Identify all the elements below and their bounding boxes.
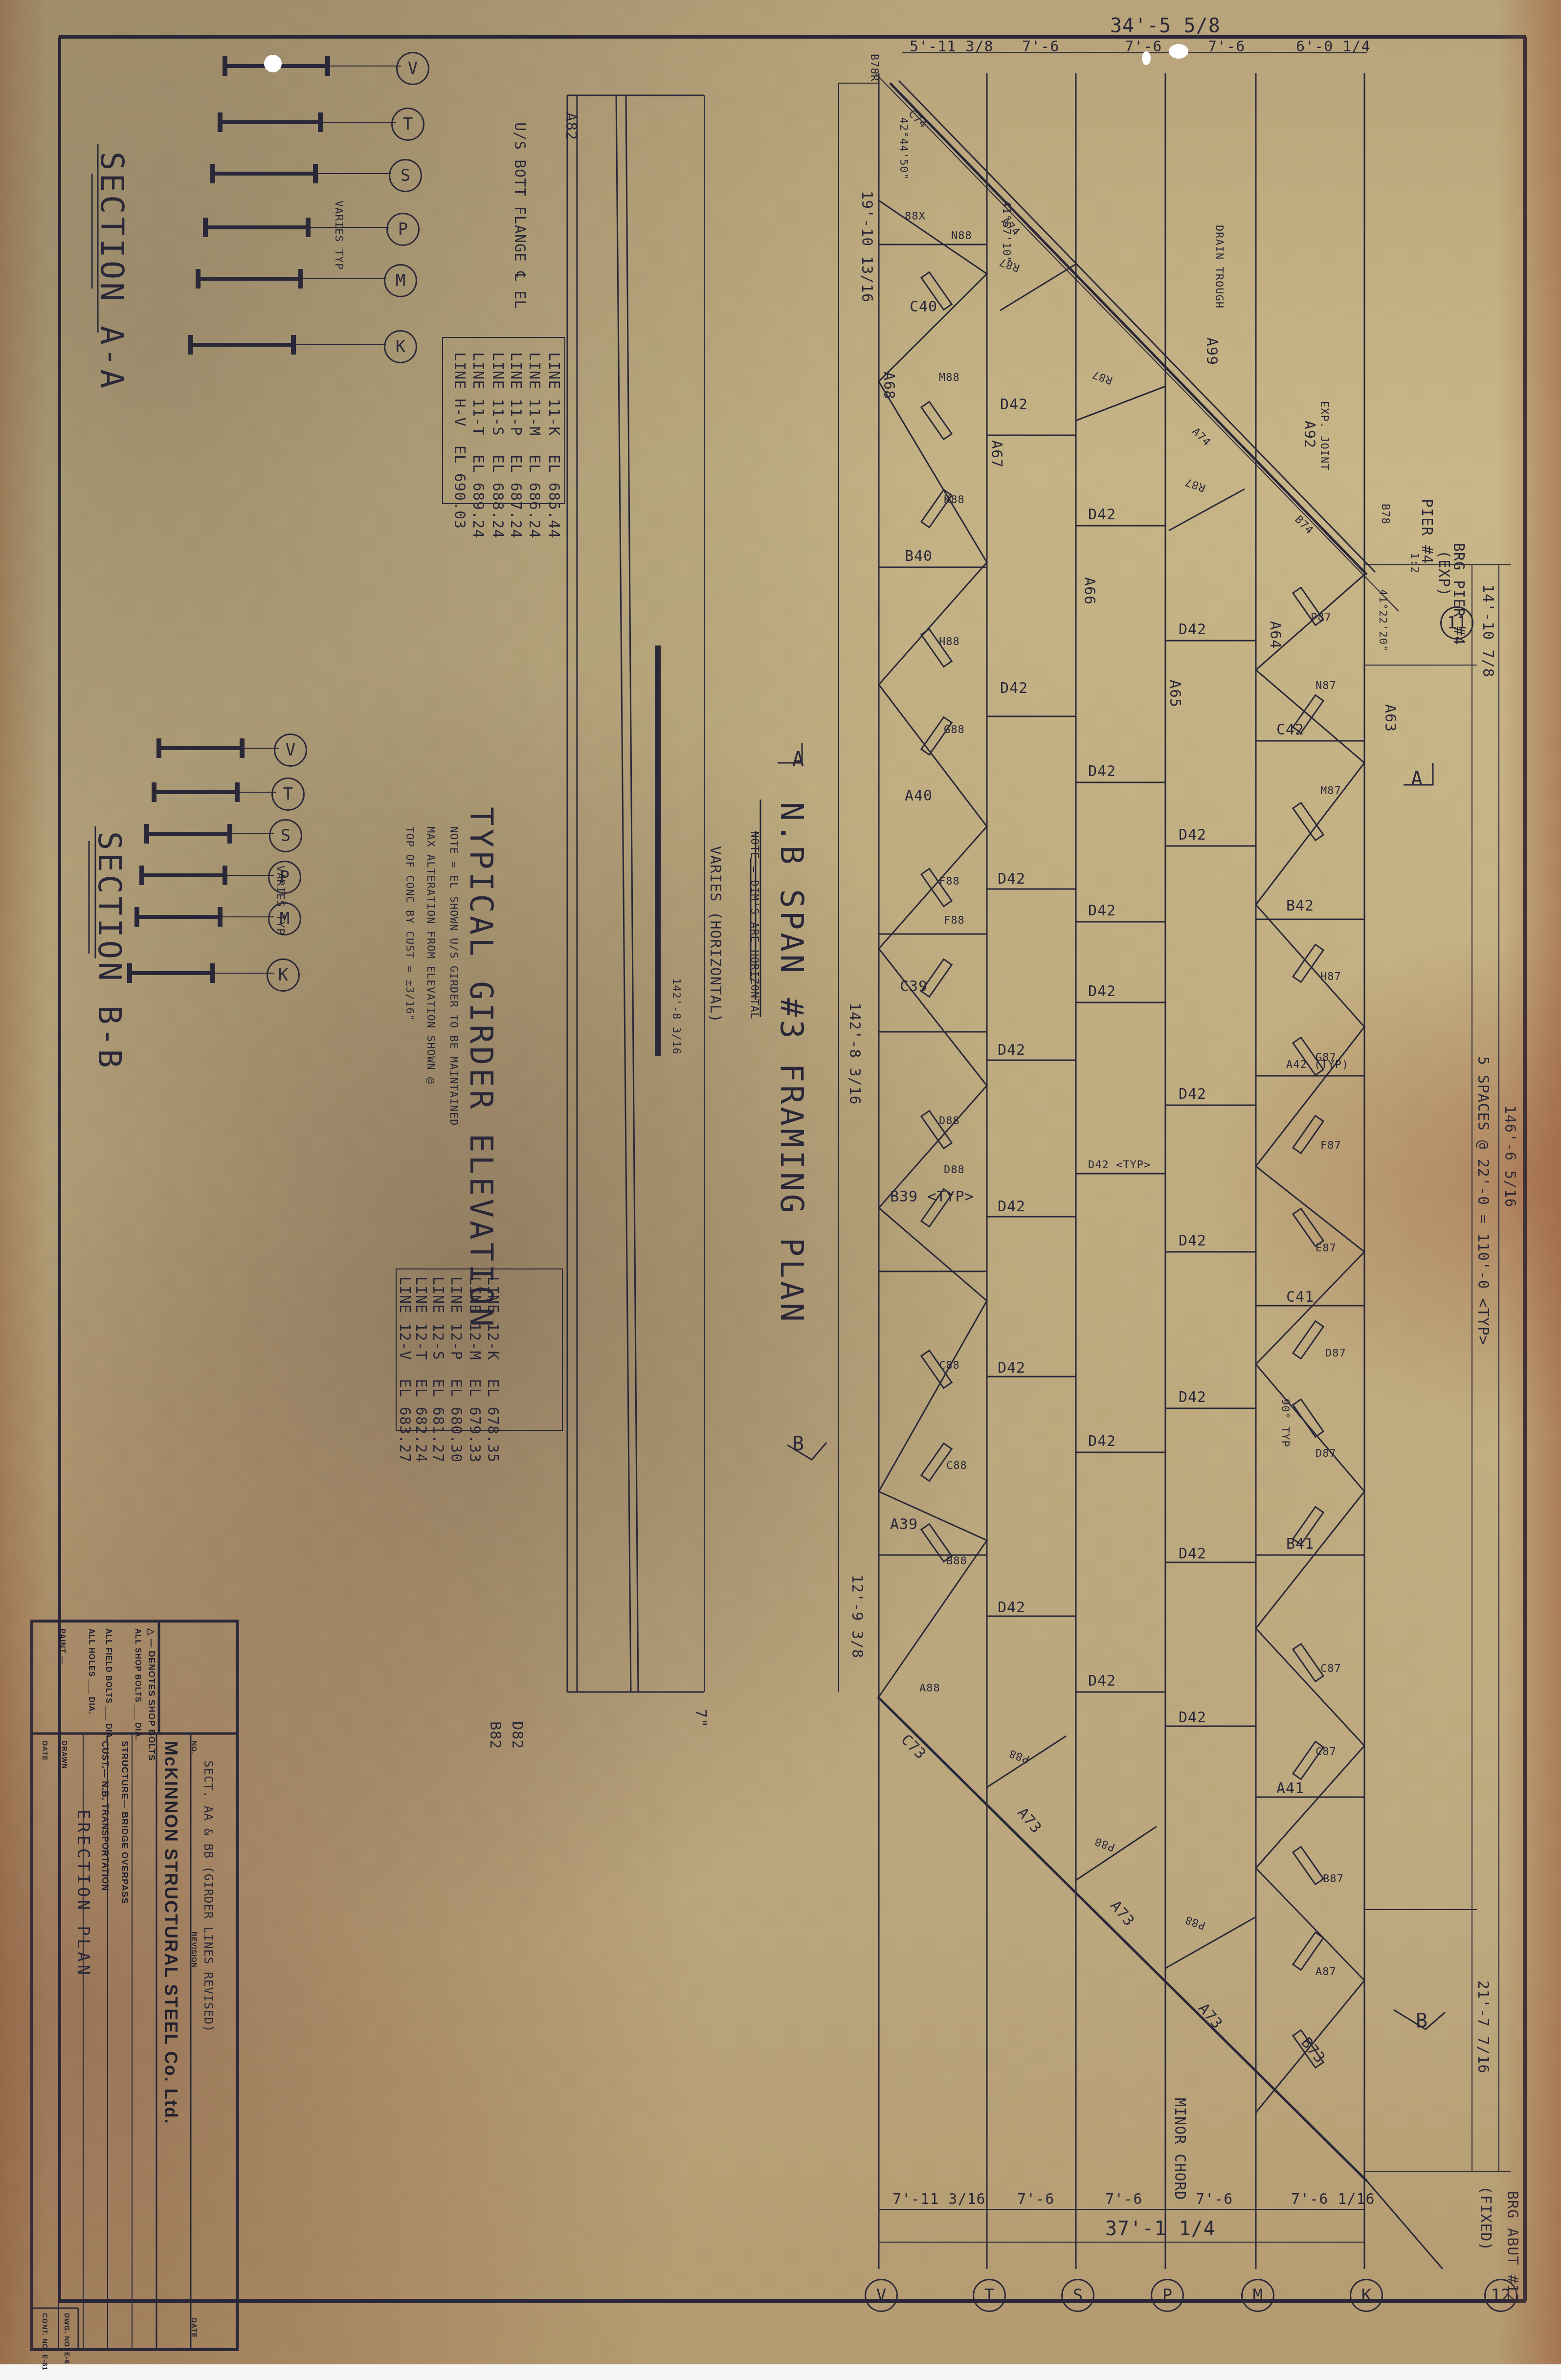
top-dim-5: 6'-0 1/4 (1296, 38, 1371, 55)
drawing-title: ERECTION PLAN (73, 1809, 93, 1978)
grid-bubble-p: P (386, 213, 420, 246)
bottom-dim-5: 7'-6 1/16 (1291, 2191, 1375, 2208)
girder-bottom-mark-b82: B82 (487, 1721, 504, 1749)
revisions-header: REVISION (190, 1932, 198, 1968)
grid-bubble-k: K (384, 330, 417, 363)
member-label: A41 (1276, 1780, 1304, 1797)
title-block-note: ALL HOLES ___ DIA. (87, 1628, 95, 1714)
grid-bubble-s: S (389, 159, 422, 192)
member-label: C73 (897, 1731, 929, 1763)
left-total-dim: 142'-8 3/16 (846, 1002, 863, 1105)
member-label: B87 (1323, 1873, 1344, 1885)
member-label: C41 (1286, 1289, 1314, 1306)
table-row: LINE 12-S EL 681.27 (429, 1276, 446, 1463)
date-label: DATE (41, 1741, 49, 1761)
member-label: H87 (1320, 971, 1341, 983)
member-label: A68 (880, 372, 897, 400)
member-label: B40 (905, 548, 933, 565)
title-block-note: ALL FIELD BOLTS ___ DIA. (104, 1628, 112, 1741)
angle-typ-label: 90° TYP (1279, 1399, 1291, 1447)
mark-b78r: B78R (868, 54, 880, 82)
member-label: D42 (1088, 1672, 1116, 1690)
member-label: D42 (1000, 396, 1028, 413)
member-label: D42 (1088, 763, 1116, 780)
pier-angle: 41°22'20" (1377, 589, 1389, 652)
member-label: D42 (998, 1599, 1026, 1616)
right-bottom-dim: 21'-7 7/16 (1474, 1980, 1492, 2074)
exp-joint-label: EXP. JOINT (1318, 401, 1330, 470)
pier-ratio: 1:2 (1408, 553, 1421, 574)
member-label: B74 (1292, 513, 1316, 537)
member-label: D42 (1179, 1086, 1206, 1103)
spaces-dim: 5 SPACES @ 22'-0 = 110'-0 <TYP> (1474, 1056, 1492, 1345)
section-b-title: SECTION B-B (91, 831, 127, 1071)
table-row: LINE 12-K EL 678.35 (484, 1276, 501, 1463)
section-a-title: SECTION A-A (93, 152, 130, 391)
member-label: R87 (1091, 368, 1115, 386)
brg-pier-type: (EXP) (1435, 550, 1452, 597)
member-label: M87 (1320, 785, 1341, 797)
table-row: LINE 11-P EL 687.24 (507, 352, 524, 538)
member-label: C40 (910, 298, 937, 315)
member-label: D88 (944, 1164, 965, 1176)
contract-no-field: CONT. NO. E-81 (41, 2313, 49, 2371)
grid-bubble-12: 12 (1484, 2279, 1517, 2312)
table-row: LINE 12-T EL 682.24 (412, 1276, 429, 1463)
member-label: A40 (905, 787, 933, 804)
section-cut-b-right: B (1416, 2010, 1428, 2032)
top-dim-3: 7'-6 (1125, 38, 1162, 55)
member-label: D88 (939, 1115, 960, 1127)
member-label: A87 (1316, 1966, 1337, 1978)
grid-bubble-k: K (1350, 2279, 1383, 2312)
rev-no-label: NO. (190, 1741, 198, 1755)
grid-bubble-p: P (268, 861, 301, 894)
varies-horizontal: VARIES (HORIZONTAL) (707, 846, 724, 1023)
member-label: A73 (1195, 2000, 1226, 2032)
member-label: P87 (1311, 611, 1332, 623)
grid-bubble-v: V (274, 734, 307, 767)
girder-bottom-mark-d82: D82 (509, 1721, 526, 1749)
member-label: D42 (998, 1042, 1026, 1059)
bottom-dim-2: 7'-6 (1017, 2191, 1054, 2208)
member-label: F88 (939, 875, 960, 888)
member-label: F87 (1320, 1139, 1341, 1152)
left-top-dim: 19'-10 13/16 (858, 191, 875, 303)
revision-1: SECT. AA & BB (GIRDER LINES REVISED) (201, 1760, 215, 2032)
punch-hole (1169, 44, 1188, 59)
member-label: D42 (1179, 621, 1206, 638)
table-row: LINE H-V EL 690.03 (451, 352, 468, 529)
left-bottom-dim: 12'-9 3/8 (848, 1575, 866, 1659)
member-label: C88 (946, 1460, 967, 1472)
girder-top-mark: A82 (562, 112, 580, 140)
member-label: B41 (1286, 1535, 1314, 1553)
exp-joint-mark: A92 (1301, 421, 1318, 448)
member-label: D42 (1179, 826, 1206, 844)
pier-label: PIER #4 (1418, 499, 1435, 564)
member-label: G88 (944, 724, 965, 736)
member-label: C87 (1320, 1663, 1341, 1675)
member-label: A88 (919, 1682, 940, 1694)
grid-bubble-m: M (1241, 2279, 1274, 2312)
grid-bubble-11: 11 (1440, 606, 1473, 640)
member-label: D42 (1088, 983, 1116, 1000)
title-block-note: PAINT — (57, 1628, 66, 1665)
table-row: LINE 11-M EL 686.24 (526, 352, 543, 538)
company-name: McKINNON STRUCTURAL STEEL Co. Ltd. (160, 1741, 181, 2125)
framing-plan-note: NOTE = DIM'S ARE HORIZONTAL (748, 831, 760, 1020)
member-label: C88 (939, 1359, 960, 1372)
girder-note-1: NOTE = EL SHOWN U/S GIRDER TO BE MAINTAI… (447, 826, 460, 1126)
member-label: N88 (951, 230, 972, 242)
member-label: D42 (998, 1198, 1026, 1215)
member-label: C74 (906, 108, 929, 131)
member-label: A74 (1189, 425, 1213, 449)
member-label: D42 (1179, 1389, 1206, 1406)
section-a-varies: VARIES TYP (333, 200, 345, 270)
table-row: LINE 11-S EL 688.24 (489, 352, 506, 538)
top-overall-dim: 34'-5 5/8 (1110, 15, 1221, 37)
member-label: 88X (905, 210, 926, 222)
abutment-type: (FIXED) (1477, 2186, 1494, 2251)
member-label: A73 (1014, 1804, 1045, 1837)
top-dim-2: 7'-6 (1022, 38, 1059, 55)
member-label: D42 (1000, 680, 1028, 697)
section-cut-a-right: A (1411, 768, 1423, 790)
member-label: M88 (939, 372, 960, 384)
section-cut-a-left: A (792, 748, 804, 771)
member-label: A74 (999, 215, 1022, 239)
member-label: A63 (1382, 704, 1399, 732)
skew-angle-2: 41°57'10" (1000, 200, 1012, 263)
grid-bubble-s: S (1061, 2279, 1094, 2312)
grid-bubble-t: T (391, 108, 424, 141)
title-block-note: ALL SHOP BOLTS ___ DIA. (133, 1628, 142, 1740)
structure-field: STRUCTURE— BRIDGE OVERPASS (119, 1741, 130, 1904)
member-label: D42 <TYP> (1088, 1159, 1151, 1171)
bottom-overall-dim: 37'-1 1/4 (1105, 2218, 1216, 2240)
member-label: P88 (1183, 1913, 1207, 1932)
grid-bubble-m: M (384, 264, 417, 297)
table-row: LINE 11-T EL 689.24 (469, 352, 487, 538)
member-label: D42 (1088, 902, 1116, 919)
top-dim-4: 7'-6 (1208, 38, 1245, 55)
girder-length-label: 142'-8 3/16 (670, 978, 682, 1055)
bottom-dim-3: 7'-6 (1105, 2191, 1142, 2208)
member-label: A66 (1081, 577, 1098, 605)
member-label: P88 (1007, 1747, 1031, 1765)
abutment-label: BRG ABUT #12 (1504, 2191, 1521, 2303)
drawing-linework (0, 0, 1561, 2364)
rev-date-label: DATE (190, 2318, 198, 2338)
girder-note-2: MAX ALTERATION FROM ELEVATION SHOWN @ (424, 826, 437, 1084)
dwg-no-field: DWG. NO. E-6 (63, 2313, 71, 2364)
member-label: B88 (946, 1555, 967, 1567)
section-b-varies: VARIES TYP (274, 866, 286, 935)
bottom-dim-1: 7'-11 3/16 (892, 2191, 986, 2208)
member-label: A39 (890, 1516, 918, 1533)
member-label: D42 (1088, 506, 1116, 523)
title-block-note: △ — DENOTES SHOP BOLTS (146, 1628, 156, 1761)
girder-elevation-title: TYPICAL GIRDER ELEVATION (463, 807, 499, 1330)
brg-pier-label: BRG PIER #4 (1450, 543, 1467, 645)
table-row: LINE 12-V EL 683.27 (396, 1276, 413, 1463)
section-cut-b-left: B (792, 1433, 804, 1455)
member-label: D42 (1179, 1709, 1206, 1726)
right-top-dim: 14'-10 7/8 (1479, 584, 1496, 678)
member-label: N87 (1316, 680, 1337, 692)
pier-mark: B78 (1379, 504, 1391, 525)
flange-note: U/S BOTT FLANGE ℄ EL (511, 122, 528, 309)
drain-trough-label: DRAIN TROUGH (1213, 225, 1225, 309)
member-label: E87 (1316, 1242, 1337, 1254)
member-label: P88 (1093, 1835, 1117, 1853)
member-label: A64 (1267, 621, 1284, 649)
member-label: B42 (1286, 897, 1314, 914)
table-row: LINE 12-P EL 680.30 (447, 1276, 465, 1463)
member-label: G87 (1316, 1051, 1337, 1064)
member-label: B39 <TYP> (890, 1188, 974, 1205)
member-label: D42 (1179, 1232, 1206, 1249)
member-label: A65 (1166, 680, 1183, 708)
customer-field: CUST.— N.B. TRANSPORTATION (100, 1741, 110, 1891)
member-label: A67 (988, 440, 1005, 468)
member-label: D42 (998, 870, 1026, 888)
member-label: C42 (1276, 721, 1304, 738)
member-label: C87 (1316, 1746, 1337, 1758)
girder-note-3: TOP OF CONC BY CUST = ±3/16" (403, 826, 416, 1022)
grid-bubble-v: V (865, 2279, 898, 2312)
member-label: A42 (TYP) (1286, 1059, 1349, 1071)
member-label: D42 (1179, 1545, 1206, 1562)
drawing-sheet: SECTION A-A VARIES TYP V T S P M K SECTI… (0, 0, 1561, 2364)
skew-angle-1: 42°44'50" (897, 117, 910, 180)
drain-mark: A99 (1203, 337, 1220, 365)
grid-bubble-k: K (267, 958, 300, 992)
member-label: K88 (944, 494, 965, 506)
member-label: D42 (1088, 1433, 1116, 1450)
grid-bubble-t: T (973, 2279, 1006, 2312)
member-label: D42 (998, 1359, 1026, 1377)
right-total-dim: 146'-6 5/16 (1501, 1105, 1518, 1208)
member-label: F88 (944, 914, 965, 927)
top-dim-1: 5'-11 3/8 (910, 38, 994, 55)
member-label: D87 (1316, 1447, 1337, 1460)
grid-bubble-p: P (1151, 2279, 1184, 2312)
girder-end-dim: 7" (692, 1709, 709, 1728)
punch-hole (264, 55, 282, 72)
grid-bubble-s: S (269, 819, 302, 852)
grid-bubble-v: V (396, 52, 429, 85)
framing-plan-title: N.B SPAN #3 FRAMING PLAN (773, 802, 809, 1325)
member-label: R87 (1183, 475, 1207, 494)
member-label: C39 (900, 978, 928, 995)
bottom-dim-4: 7'-6 (1196, 2191, 1233, 2208)
member-label: D87 (1325, 1347, 1346, 1359)
grid-bubble-t: T (271, 778, 305, 811)
member-label: A73 (1107, 1897, 1138, 1930)
table-row: LINE 11-K EL 685.44 (545, 352, 562, 538)
punch-hole (1142, 51, 1151, 65)
minor-chord-label: MINOR CHORD (1171, 2098, 1188, 2201)
table-row: LINE 12-M EL 679.33 (466, 1276, 483, 1463)
member-label: H88 (939, 636, 960, 648)
member-label: B73 (1297, 2034, 1329, 2067)
grid-bubble-m: M (268, 902, 301, 935)
member-label: R87 (998, 255, 1022, 274)
drawn-label: DRAWN (61, 1741, 68, 1769)
